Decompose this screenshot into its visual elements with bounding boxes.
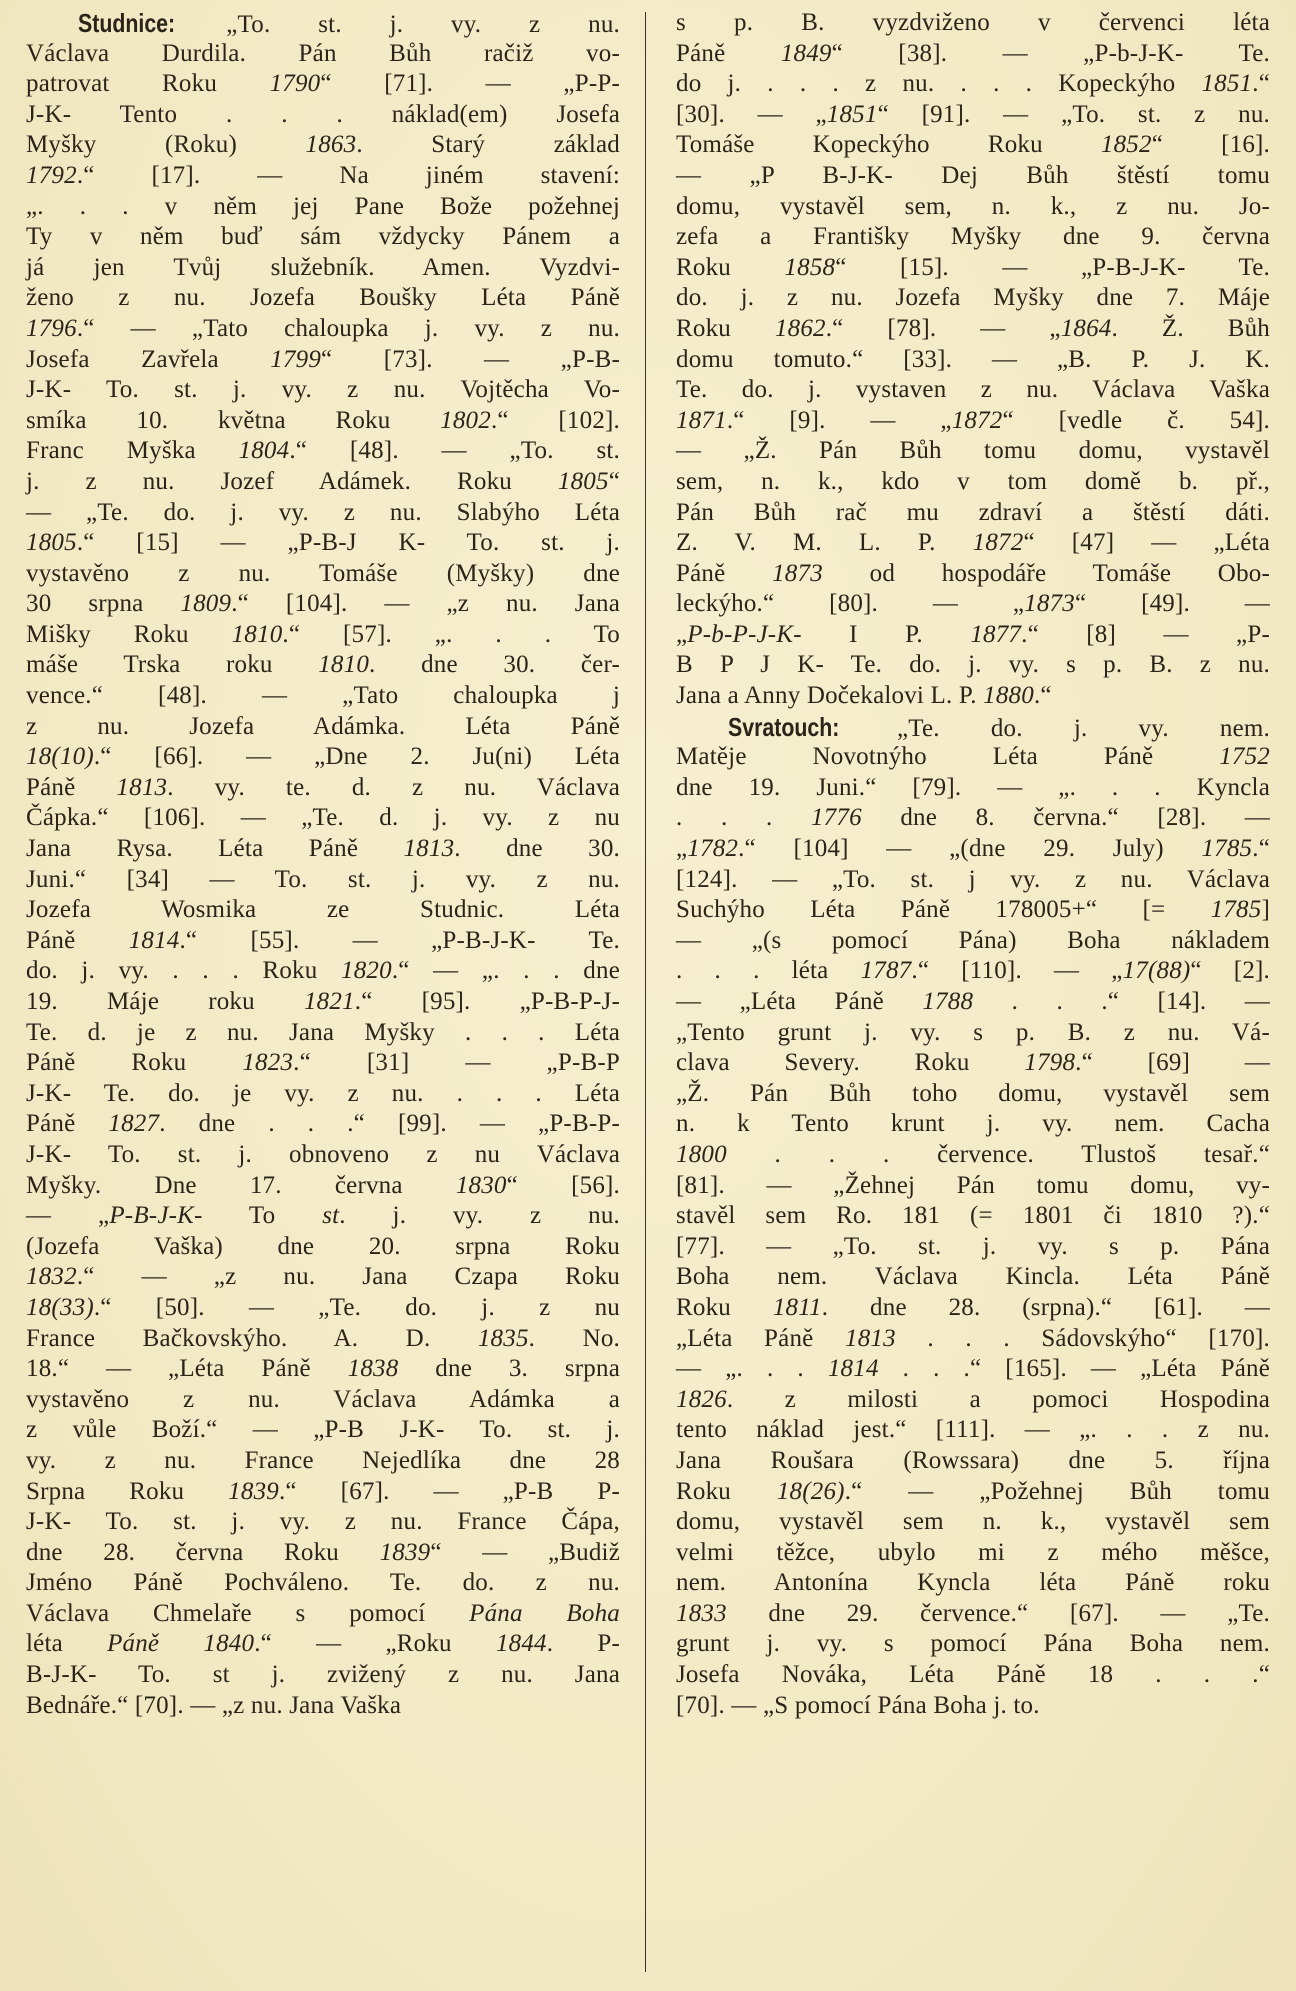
text-line: 1792.“ [17]. — Na jiném stavení: (26, 161, 620, 192)
text-line: vy. z nu. France Nejedlíka dne 28 (26, 1446, 620, 1477)
text-span: .“ [78]. — „ (826, 315, 1061, 342)
text-span: „Tento grunt j. vy. s p. B. z nu. Vá- (676, 1019, 1270, 1046)
text-line: Páně 1813. vy. te. d. z nu. Václava (26, 773, 620, 804)
text-span: Roku (676, 254, 784, 281)
text-line: Jozefa Wosmika ze Studnic. Léta (26, 895, 620, 926)
text-span: .“ [69] — (1075, 1049, 1270, 1076)
text-line: J-K- Te. do. je vy. z nu. . . . Léta (26, 1079, 620, 1110)
text-line: Bednáře.“ [70]. — „z nu. Jana Vaška (26, 1691, 620, 1722)
text-span: B P J K- Te. do. j. vy. s p. B. z nu. (676, 651, 1270, 678)
text-span: Pán Bůh rač mu zdraví a štěstí dáti. (676, 499, 1270, 526)
text-line: 1805.“ [15] — „P-B-J K- To. st. j. (26, 528, 620, 559)
text-span: ] (1261, 896, 1270, 923)
text-span: domu, vystavěl sem, n. k., z nu. Jo- (676, 193, 1270, 220)
text-span: .“ [102]. (491, 407, 620, 434)
italic-text: 1830 (456, 1172, 507, 1199)
text-line: „P-b-P-J-K- I P. 1877.“ [8] — „P- (676, 620, 1270, 651)
text-span: Čápka.“ [106]. — „Te. d. j. vy. z nu (26, 804, 620, 831)
text-span: (Jozefa Vaška) dne 20. srpna Roku (26, 1233, 620, 1260)
text-line: — „. . . 1814 . . .“ [165]. — „Léta Páně (676, 1354, 1270, 1385)
text-span: “ [71]. — „P-P- (320, 70, 620, 97)
text-span: Tomáše Kopeckýho Roku (676, 131, 1101, 158)
text-span: Páně (676, 560, 772, 587)
text-span: dne 29. července.“ [67]. — „Te. (727, 1600, 1270, 1627)
text-span: . j. vy. z nu. (339, 1202, 620, 1229)
italic-text: 1826 (676, 1386, 727, 1413)
text-span: Suchýho Léta Páně 178005+“ [= (676, 896, 1211, 923)
italic-text: 1804 (239, 437, 290, 464)
text-line: . . . 1776 dne 8. června.“ [28]. — (676, 803, 1270, 834)
text-span: . dne 30. (454, 835, 620, 862)
italic-text: 1792 (26, 162, 77, 189)
italic-text: 1802 (440, 407, 491, 434)
text-span: vence.“ [48]. — „Tato chaloupka j (26, 682, 620, 709)
text-span: . No. (529, 1325, 620, 1352)
text-line: B P J K- Te. do. j. vy. s p. B. z nu. (676, 650, 1270, 681)
text-line: Josefa Nováka, Léta Páně 18 . . .“ (676, 1660, 1270, 1691)
text-line: nem. Antonína Kyncla léta Páně roku (676, 1568, 1270, 1599)
text-line: [124]. — „To. st. j vy. z nu. Václava (676, 865, 1270, 896)
text-span: Roku (676, 1294, 773, 1321)
text-span: .“ [55]. — „P-B-J-K- Te. (179, 927, 620, 954)
text-span: “ [56]. (507, 1172, 620, 1199)
text-span: 30 srpna (26, 590, 180, 617)
text-line: 1833 dne 29. července.“ [67]. — „Te. (676, 1599, 1270, 1630)
text-line: vence.“ [48]. — „Tato chaloupka j (26, 681, 620, 712)
text-line: stavěl sem Ro. 181 (= 1801 či 1810 ?).“ (676, 1201, 1270, 1232)
italic-text: 1790 (270, 70, 321, 97)
text-span: [30]. — „ (676, 101, 827, 128)
text-span: dne 3. srpna (398, 1355, 620, 1382)
text-span: já jen Tvůj služebník. Amen. Vyzdvi- (26, 254, 620, 281)
text-span: . P- (547, 1630, 620, 1657)
text-span: .“ [95]. „P-B-P-J- (355, 988, 620, 1015)
italic-text: P-b-P-J-K- (687, 621, 801, 648)
text-span: . Ž. Bůh (1112, 315, 1271, 342)
text-line: Páně Roku 1823.“ [31] — „P-B-P (26, 1048, 620, 1079)
text-line: Boha nem. Václava Kincla. Léta Páně (676, 1262, 1270, 1293)
text-line: 30 srpna 1809.“ [104]. — „z nu. Jana (26, 589, 620, 620)
text-span: . . .“ [165]. — „Léta Páně (879, 1355, 1270, 1382)
italic-text: 1810 (318, 651, 369, 678)
italic-text: 1800 (676, 1141, 727, 1168)
text-line: ženo z nu. Jozefa Boušky Léta Páně (26, 283, 620, 314)
text-line: Roku 1862.“ [78]. — „1864. Ž. Bůh (676, 314, 1270, 345)
text-span: . . . léta (676, 957, 861, 984)
text-span: dne 19. Juni.“ [79]. — „. . . Kyncla (676, 774, 1270, 801)
text-span: “ [49]. — (1075, 590, 1270, 617)
text-span: “ [16]. (1152, 131, 1270, 158)
text-span: Bednáře.“ [70]. — „z nu. Jana Vaška (26, 1692, 401, 1719)
text-line: smíka 10. května Roku 1802.“ [102]. (26, 406, 620, 437)
text-line: Myšky (Roku) 1863. Starý základ (26, 130, 620, 161)
text-span: “ [vedle č. 54]. (1003, 407, 1271, 434)
text-span: Jana a Anny Dočekalovi L. P. (676, 682, 983, 709)
italic-text: 1810 (232, 621, 283, 648)
text-line: Tomáše Kopeckýho Roku 1852“ [16]. (676, 130, 1270, 161)
text-span: Jozefa Wosmika ze Studnic. Léta (26, 896, 620, 923)
text-span: Jméno Páně Pochváleno. Te. do. z nu. (26, 1569, 620, 1596)
text-line: — „Te. do. j. vy. z nu. Slabýho Léta (26, 498, 620, 529)
italic-text: 1835 (478, 1325, 529, 1352)
text-line: z nu. Jozefa Adámka. Léta Páně (26, 712, 620, 743)
italic-text: 1809 (180, 590, 231, 617)
text-span: [81]. — „Žehnej Pán tomu domu, vy- (676, 1172, 1270, 1199)
text-span: stavěl sem Ro. 181 (= 1801 či 1810 ?).“ (676, 1202, 1270, 1229)
italic-text: 1849 (781, 40, 832, 67)
text-line: leckýho.“ [80]. — „1873“ [49]. — (676, 589, 1270, 620)
text-span: — „ (26, 1202, 109, 1229)
text-span: clava Severy. Roku (676, 1049, 1024, 1076)
text-span: Páně Roku (26, 1049, 242, 1076)
text-line: já jen Tvůj služebník. Amen. Vyzdvi- (26, 253, 620, 284)
italic-text: 1752 (1219, 743, 1270, 770)
text-span: .“ — „Požehnej Bůh tomu (845, 1478, 1270, 1505)
text-line: máše Trska roku 1810. dne 30. čer- (26, 650, 620, 681)
text-span: I P. (802, 621, 971, 648)
text-span: .“ [8] — „P- (1021, 621, 1270, 648)
text-line: . . . léta 1787.“ [110]. — „17(88)“ [2]. (676, 956, 1270, 987)
italic-text: 1862 (775, 315, 826, 342)
text-span: zefa a Františky Myšky dne 9. června (676, 223, 1270, 250)
text-span: To (203, 1202, 323, 1229)
text-span: .“ (1252, 835, 1270, 862)
italic-text: Pána Boha (469, 1600, 620, 1627)
italic-text: 1844 (496, 1630, 547, 1657)
text-span: „ (676, 621, 687, 648)
text-line: Jana a Anny Dočekalovi L. P. 1880.“ (676, 681, 1270, 712)
text-line: — „(s pomocí Pána) Boha nákladem (676, 926, 1270, 957)
text-span: .“ [31] — „P-B-P (293, 1049, 620, 1076)
text-span: — „Léta Páně (676, 988, 922, 1015)
text-line: [77]. — „To. st. j. vy. s p. Pána (676, 1232, 1270, 1263)
text-span: [70]. — „S pomocí Pána Boha j. to. (676, 1692, 1040, 1719)
italic-text: 1799 (270, 346, 321, 373)
text-span: J-K- Tento . . . náklad(em) Josefa (26, 101, 620, 128)
text-span: máše Trska roku (26, 651, 318, 678)
text-line: Páně 1873 od hospodáře Tomáše Obo- (676, 559, 1270, 590)
text-line: Páně 1814.“ [55]. — „P-B-J-K- Te. (26, 926, 620, 957)
text-line: — „P B-J-K- Dej Bůh štěstí tomu (676, 161, 1270, 192)
text-line: velmi těžce, ubylo mi z mého měšce, (676, 1538, 1270, 1569)
text-line: léta Páně 1840.“ — „Roku 1844. P- (26, 1629, 620, 1660)
text-line: do j. . . . z nu. . . . Kopeckýho 1851.“ (676, 69, 1270, 100)
italic-text: 1820 (341, 957, 392, 984)
text-line: do. j. vy. . . . Roku 1820.“ — „. . . dn… (26, 956, 620, 987)
text-line: J-K- To. st. j. obnoveno z nu Václava (26, 1140, 620, 1171)
text-span: . dne . . .“ [99]. — „P-B-P- (159, 1110, 620, 1137)
text-line: — „Ž. Pán Bůh tomu domu, vystavěl (676, 436, 1270, 467)
text-line: France Bačkovskýho. A. D. 1835. No. (26, 1324, 620, 1355)
text-span: Boha nem. Václava Kincla. Léta Páně (676, 1263, 1270, 1290)
text-span: .“ [9]. — „ (727, 407, 952, 434)
text-span: patrovat Roku (26, 70, 270, 97)
text-span: Te. do. j. vystaven z nu. Václava Vaška (676, 376, 1270, 403)
text-line: Juni.“ [34] — To. st. j. vy. z nu. (26, 865, 620, 896)
text-line: „Tento grunt j. vy. s p. B. z nu. Vá- (676, 1018, 1270, 1049)
italic-text: Páně 1840 (107, 1630, 254, 1657)
text-line: dne 19. Juni.“ [79]. — „. . . Kyncla (676, 773, 1270, 804)
text-span: .“ [48]. — „To. st. (289, 437, 620, 464)
text-span: leckýho.“ [80]. — „ (676, 590, 1024, 617)
text-line: 18(33).“ [50]. — „Te. do. j. z nu (26, 1293, 620, 1324)
italic-text: 1872 (973, 529, 1024, 556)
text-span: Mišky Roku (26, 621, 232, 648)
text-span: „To. st. j. vy. z nu. (178, 11, 620, 38)
italic-text: 1805 (558, 468, 609, 495)
left-column: Studnice: „To. st. j. vy. z nu.Václava D… (26, 8, 620, 1721)
text-line: vystavěno z nu. Tomáše (Myšky) dne (26, 559, 620, 590)
text-span: J-K- To. st. j. obnoveno z nu Václava (26, 1141, 620, 1168)
text-line: clava Severy. Roku 1798.“ [69] — (676, 1048, 1270, 1079)
italic-text: 1821 (304, 988, 355, 1015)
text-line: Myšky. Dne 17. června 1830“ [56]. (26, 1171, 620, 1202)
text-span: „. . . v něm jej Pane Bože požehnej (26, 193, 620, 220)
text-span: . dne 30. čer- (369, 651, 620, 678)
italic-text: 1805 (26, 529, 77, 556)
right-column: s p. B. vyzdviženo v červenci létaPáně 1… (676, 8, 1270, 1721)
italic-text: 1880 (983, 682, 1034, 709)
text-span: do. j. z nu. Jozefa Myšky dne 7. Máje (676, 284, 1270, 311)
italic-text: 1788 (922, 988, 973, 1015)
italic-text: 1813 (116, 774, 167, 801)
italic-text: 18(10) (26, 743, 94, 770)
italic-text: 1813 (403, 835, 454, 862)
text-span: . z milosti a pomoci Hospodina (727, 1386, 1270, 1413)
text-span: „Léta Páně (676, 1325, 845, 1352)
text-span: „Te. do. j. vy. nem. (846, 715, 1270, 742)
text-span: “ [15]. — „P-B-J-K- Te. (835, 254, 1270, 281)
text-span: Myšky. Dne 17. června (26, 1172, 456, 1199)
text-span: dne 8. června.“ [28]. — (862, 804, 1270, 831)
text-line: Svratouch: „Te. do. j. vy. nem. (676, 712, 1270, 743)
text-line: tento náklad jest.“ [111]. — „. . . z nu… (676, 1415, 1270, 1446)
text-span: vy. z nu. France Nejedlíka dne 28 (26, 1447, 620, 1474)
text-span: Josefa Nováka, Léta Páně 18 . . .“ (676, 1661, 1270, 1688)
italic-text: 1873 (772, 560, 823, 587)
text-span: Jana Roušara (Rowssara) dne 5. října (676, 1447, 1270, 1474)
text-line: Te. do. j. vystaven z nu. Václava Vaška (676, 375, 1270, 406)
text-span: [77]. — „To. st. j. vy. s p. Pána (676, 1233, 1270, 1260)
text-span: z nu. Jozefa Adámka. Léta Páně (26, 713, 620, 740)
text-span: Z. V. M. L. P. (676, 529, 973, 556)
text-line: domu, vystavěl sem n. k., vystavěl sem (676, 1507, 1270, 1538)
text-span: .“ [104] — „(dne 29. July) (738, 835, 1201, 862)
text-line: „1782.“ [104] — „(dne 29. July) 1785.“ (676, 834, 1270, 865)
text-span: “ — „Budiž (430, 1539, 620, 1566)
text-span: Srpna Roku (26, 1478, 228, 1505)
text-span: nem. Antonína Kyncla léta Páně roku (676, 1569, 1270, 1596)
text-span: grunt j. vy. s pomocí Pána Boha nem. (676, 1630, 1270, 1657)
italic-text: 1839 (228, 1478, 279, 1505)
text-span: “ (609, 468, 620, 495)
text-span: Te. d. je z nu. Jana Myšky . . . Léta (26, 1019, 620, 1046)
text-span: .“ — „Tato chaloupka j. vy. z nu. (77, 315, 620, 342)
text-span: France Bačkovskýho. A. D. (26, 1325, 478, 1352)
italic-text: 1787 (861, 957, 912, 984)
italic-text: 18(33) (26, 1294, 94, 1321)
italic-text: 1852 (1101, 131, 1152, 158)
italic-text: 1782 (687, 835, 738, 862)
text-span: domu tomuto.“ [33]. — „B. P. J. K. (676, 346, 1270, 373)
text-span: do j. . . . z nu. . . . Kopeckýho (676, 70, 1201, 97)
text-span: .“ [104]. — „z nu. Jana (231, 590, 620, 617)
text-span: J-K- To. st. j. vy. z nu. France Čápa, (26, 1508, 620, 1535)
text-span: “ [2]. (1190, 957, 1270, 984)
text-span: [124]. — „To. st. j vy. z nu. Václava (676, 866, 1270, 893)
italic-text: 1814 (828, 1355, 879, 1382)
text-line: J-K- Tento . . . náklad(em) Josefa (26, 100, 620, 131)
text-line: Páně 1849“ [38]. — „P-b-J-K- Te. (676, 39, 1270, 70)
text-line: vystavěno z nu. Václava Adámka a (26, 1385, 620, 1416)
text-span: Roku (676, 1478, 777, 1505)
text-line: Josefa Zavřela 1799“ [73]. — „P-B- (26, 345, 620, 376)
text-span: velmi těžce, ubylo mi z mého měšce, (676, 1539, 1270, 1566)
text-line: 1800 . . . července. Tlustoš tesař.“ (676, 1140, 1270, 1171)
text-span: „ (676, 835, 687, 862)
text-span: J-K- To. st. j. vy. z nu. Vojtěcha Vo- (26, 376, 620, 403)
text-line: Jana Roušara (Rowssara) dne 5. října (676, 1446, 1270, 1477)
text-span: .“ (1252, 70, 1270, 97)
text-line: Studnice: „To. st. j. vy. z nu. (26, 8, 620, 39)
text-line: 1871.“ [9]. — „1872“ [vedle č. 54]. (676, 406, 1270, 437)
text-line: dne 28. června Roku 1839“ — „Budiž (26, 1538, 620, 1569)
text-span: do. j. vy. . . . Roku (26, 957, 341, 984)
text-span: léta (26, 1630, 107, 1657)
italic-text: 1864 (1061, 315, 1112, 342)
text-line: Roku 18(26).“ — „Požehnej Bůh tomu (676, 1477, 1270, 1508)
text-line: — „Léta Páně 1788 . . .“ [14]. — (676, 987, 1270, 1018)
italic-text: 1871 (676, 407, 727, 434)
text-line: s p. B. vyzdviženo v červenci léta (676, 8, 1270, 39)
text-line: Mišky Roku 1810.“ [57]. „. . . To (26, 620, 620, 651)
text-span: “ [38]. — „P-b-J-K- Te. (832, 40, 1270, 67)
text-span: Páně (26, 927, 129, 954)
text-line: Václava Durdila. Pán Bůh račiž vo- (26, 39, 620, 70)
text-span: .“ [66]. — „Dne 2. Ju(ni) Léta (94, 743, 620, 770)
italic-text: 18(26) (777, 1478, 845, 1505)
text-span: . . . (676, 804, 811, 831)
text-line: J-K- To. st. j. vy. z nu. Vojtěcha Vo- (26, 375, 620, 406)
text-span: . dne 28. (srpna).“ [61]. — (822, 1294, 1270, 1321)
text-span: Roku (676, 315, 775, 342)
text-span: Ty v něm buď sám vždycky Pánem a (26, 223, 620, 250)
text-span: .“ (1034, 682, 1052, 709)
italic-text: 1833 (676, 1600, 727, 1627)
text-line: Matěje Novotnýho Léta Páně 1752 (676, 742, 1270, 773)
text-span: domu, vystavěl sem n. k., vystavěl sem (676, 1508, 1270, 1535)
text-line: Pán Bůh rač mu zdraví a štěstí dáti. (676, 498, 1270, 529)
text-line: Ty v něm buď sám vždycky Pánem a (26, 222, 620, 253)
text-span: vystavěno z nu. Tomáše (Myšky) dne (26, 560, 620, 587)
italic-text: 1798 (1024, 1049, 1075, 1076)
text-span: . Starý základ (356, 131, 620, 158)
text-span: Jana Rysa. Léta Páně (26, 835, 403, 862)
text-line: 1832.“ — „z nu. Jana Czapa Roku (26, 1262, 620, 1293)
text-line: j. z nu. Jozef Adámek. Roku 1805“ (26, 467, 620, 498)
text-span: j. z nu. Jozef Adámek. Roku (26, 468, 558, 495)
text-line: grunt j. vy. s pomocí Pána Boha nem. (676, 1629, 1270, 1660)
text-span: tento náklad jest.“ [111]. — „. . . z nu… (676, 1416, 1270, 1443)
italic-text: 1785 (1211, 896, 1262, 923)
italic-text: 1851 (827, 101, 878, 128)
text-span: ženo z nu. Jozefa Boušky Léta Páně (26, 284, 620, 311)
text-span: s p. B. vyzdviženo v červenci léta (676, 9, 1270, 36)
text-span: “ [73]. — „P-B- (321, 346, 620, 373)
italic-text: 1776 (811, 804, 862, 831)
italic-text: P-B-J-K- (109, 1202, 202, 1229)
text-span: od hospodáře Tomáše Obo- (823, 560, 1270, 587)
text-line: Roku 1811. dne 28. (srpna).“ [61]. — (676, 1293, 1270, 1324)
italic-text: st (322, 1202, 339, 1229)
text-line: Z. V. M. L. P. 1872“ [47] — „Léta (676, 528, 1270, 559)
text-span: B-J-K- To. st j. zvižený z nu. Jana (26, 1661, 620, 1688)
italic-text: 1851 (1201, 70, 1252, 97)
italic-text: 1823 (242, 1049, 293, 1076)
document-page: Studnice: „To. st. j. vy. z nu.Václava D… (0, 0, 1296, 1991)
text-span: Franc Myška (26, 437, 239, 464)
text-span: “ [47] — „Léta (1023, 529, 1270, 556)
text-span: sem, n. k., kdo v tom domě b. př., (676, 468, 1270, 495)
text-line: J-K- To. st. j. vy. z nu. France Čápa, (26, 1507, 620, 1538)
italic-text: 1877 (970, 621, 1021, 648)
text-span: „Ž. Pán Bůh toho domu, vystavěl sem (676, 1080, 1270, 1107)
text-line: n. k Tento krunt j. vy. nem. Cacha (676, 1109, 1270, 1140)
italic-text: 1827 (108, 1110, 159, 1137)
column-divider (645, 12, 646, 1972)
text-line: 18(10).“ [66]. — „Dne 2. Ju(ni) Léta (26, 742, 620, 773)
text-line: z vůle Boží.“ — „P-B J-K- To. st. j. (26, 1415, 620, 1446)
text-span: Václava Durdila. Pán Bůh račiž vo- (26, 40, 620, 67)
text-span: — „Ž. Pán Bůh tomu domu, vystavěl (676, 437, 1270, 464)
text-span: 19. Máje roku (26, 988, 304, 1015)
text-span: .“ [15] — „P-B-J K- To. st. j. (77, 529, 620, 556)
italic-text: 1839 (380, 1539, 431, 1566)
text-span: dne 28. června Roku (26, 1539, 380, 1566)
text-line: do. j. z nu. Jozefa Myšky dne 7. Máje (676, 283, 1270, 314)
text-line: Jana Rysa. Léta Páně 1813. dne 30. (26, 834, 620, 865)
text-span: .“ — „z nu. Jana Czapa Roku (77, 1263, 620, 1290)
italic-text: 1811 (773, 1294, 822, 1321)
text-span: vystavěno z nu. Václava Adámka a (26, 1386, 620, 1413)
text-span: — „. . . (676, 1355, 828, 1382)
text-line: 1826. z milosti a pomoci Hospodina (676, 1385, 1270, 1416)
text-span: .“ — „Roku (254, 1630, 496, 1657)
text-span: Josefa Zavřela (26, 346, 270, 373)
text-span: z vůle Boží.“ — „P-B J-K- To. st. j. (26, 1416, 620, 1443)
text-line: Franc Myška 1804.“ [48]. — „To. st. (26, 436, 620, 467)
text-line: [70]. — „S pomocí Pána Boha j. to. (676, 1691, 1270, 1722)
text-span: “ [91]. — „To. st. z nu. (878, 101, 1270, 128)
text-line: zefa a Františky Myšky dne 9. června (676, 222, 1270, 253)
text-span: — „P B-J-K- Dej Bůh štěstí tomu (676, 162, 1270, 189)
text-span: .“ — „. . . dne (392, 957, 620, 984)
text-line: Suchýho Léta Páně 178005+“ [= 1785] (676, 895, 1270, 926)
text-span: .“ [17]. — Na jiném stavení: (77, 162, 620, 189)
italic-text: 17(88) (1123, 957, 1191, 984)
text-line: patrovat Roku 1790“ [71]. — „P-P- (26, 69, 620, 100)
text-line: domu tomuto.“ [33]. — „B. P. J. K. (676, 345, 1270, 376)
text-line: — „P-B-J-K- To st. j. vy. z nu. (26, 1201, 620, 1232)
text-span: .“ [110]. — „ (911, 957, 1122, 984)
text-line: „Léta Páně 1813 . . . Sádovskýho“ [170]. (676, 1324, 1270, 1355)
text-span: 18.“ — „Léta Páně (26, 1355, 348, 1382)
text-line: Václava Chmelaře s pomocí Pána Boha (26, 1599, 620, 1630)
italic-text: 1796 (26, 315, 77, 342)
italic-text: 1813 (845, 1325, 896, 1352)
text-span: .“ [50]. — „Te. do. j. z nu (94, 1294, 620, 1321)
text-span: Myšky (Roku) (26, 131, 306, 158)
